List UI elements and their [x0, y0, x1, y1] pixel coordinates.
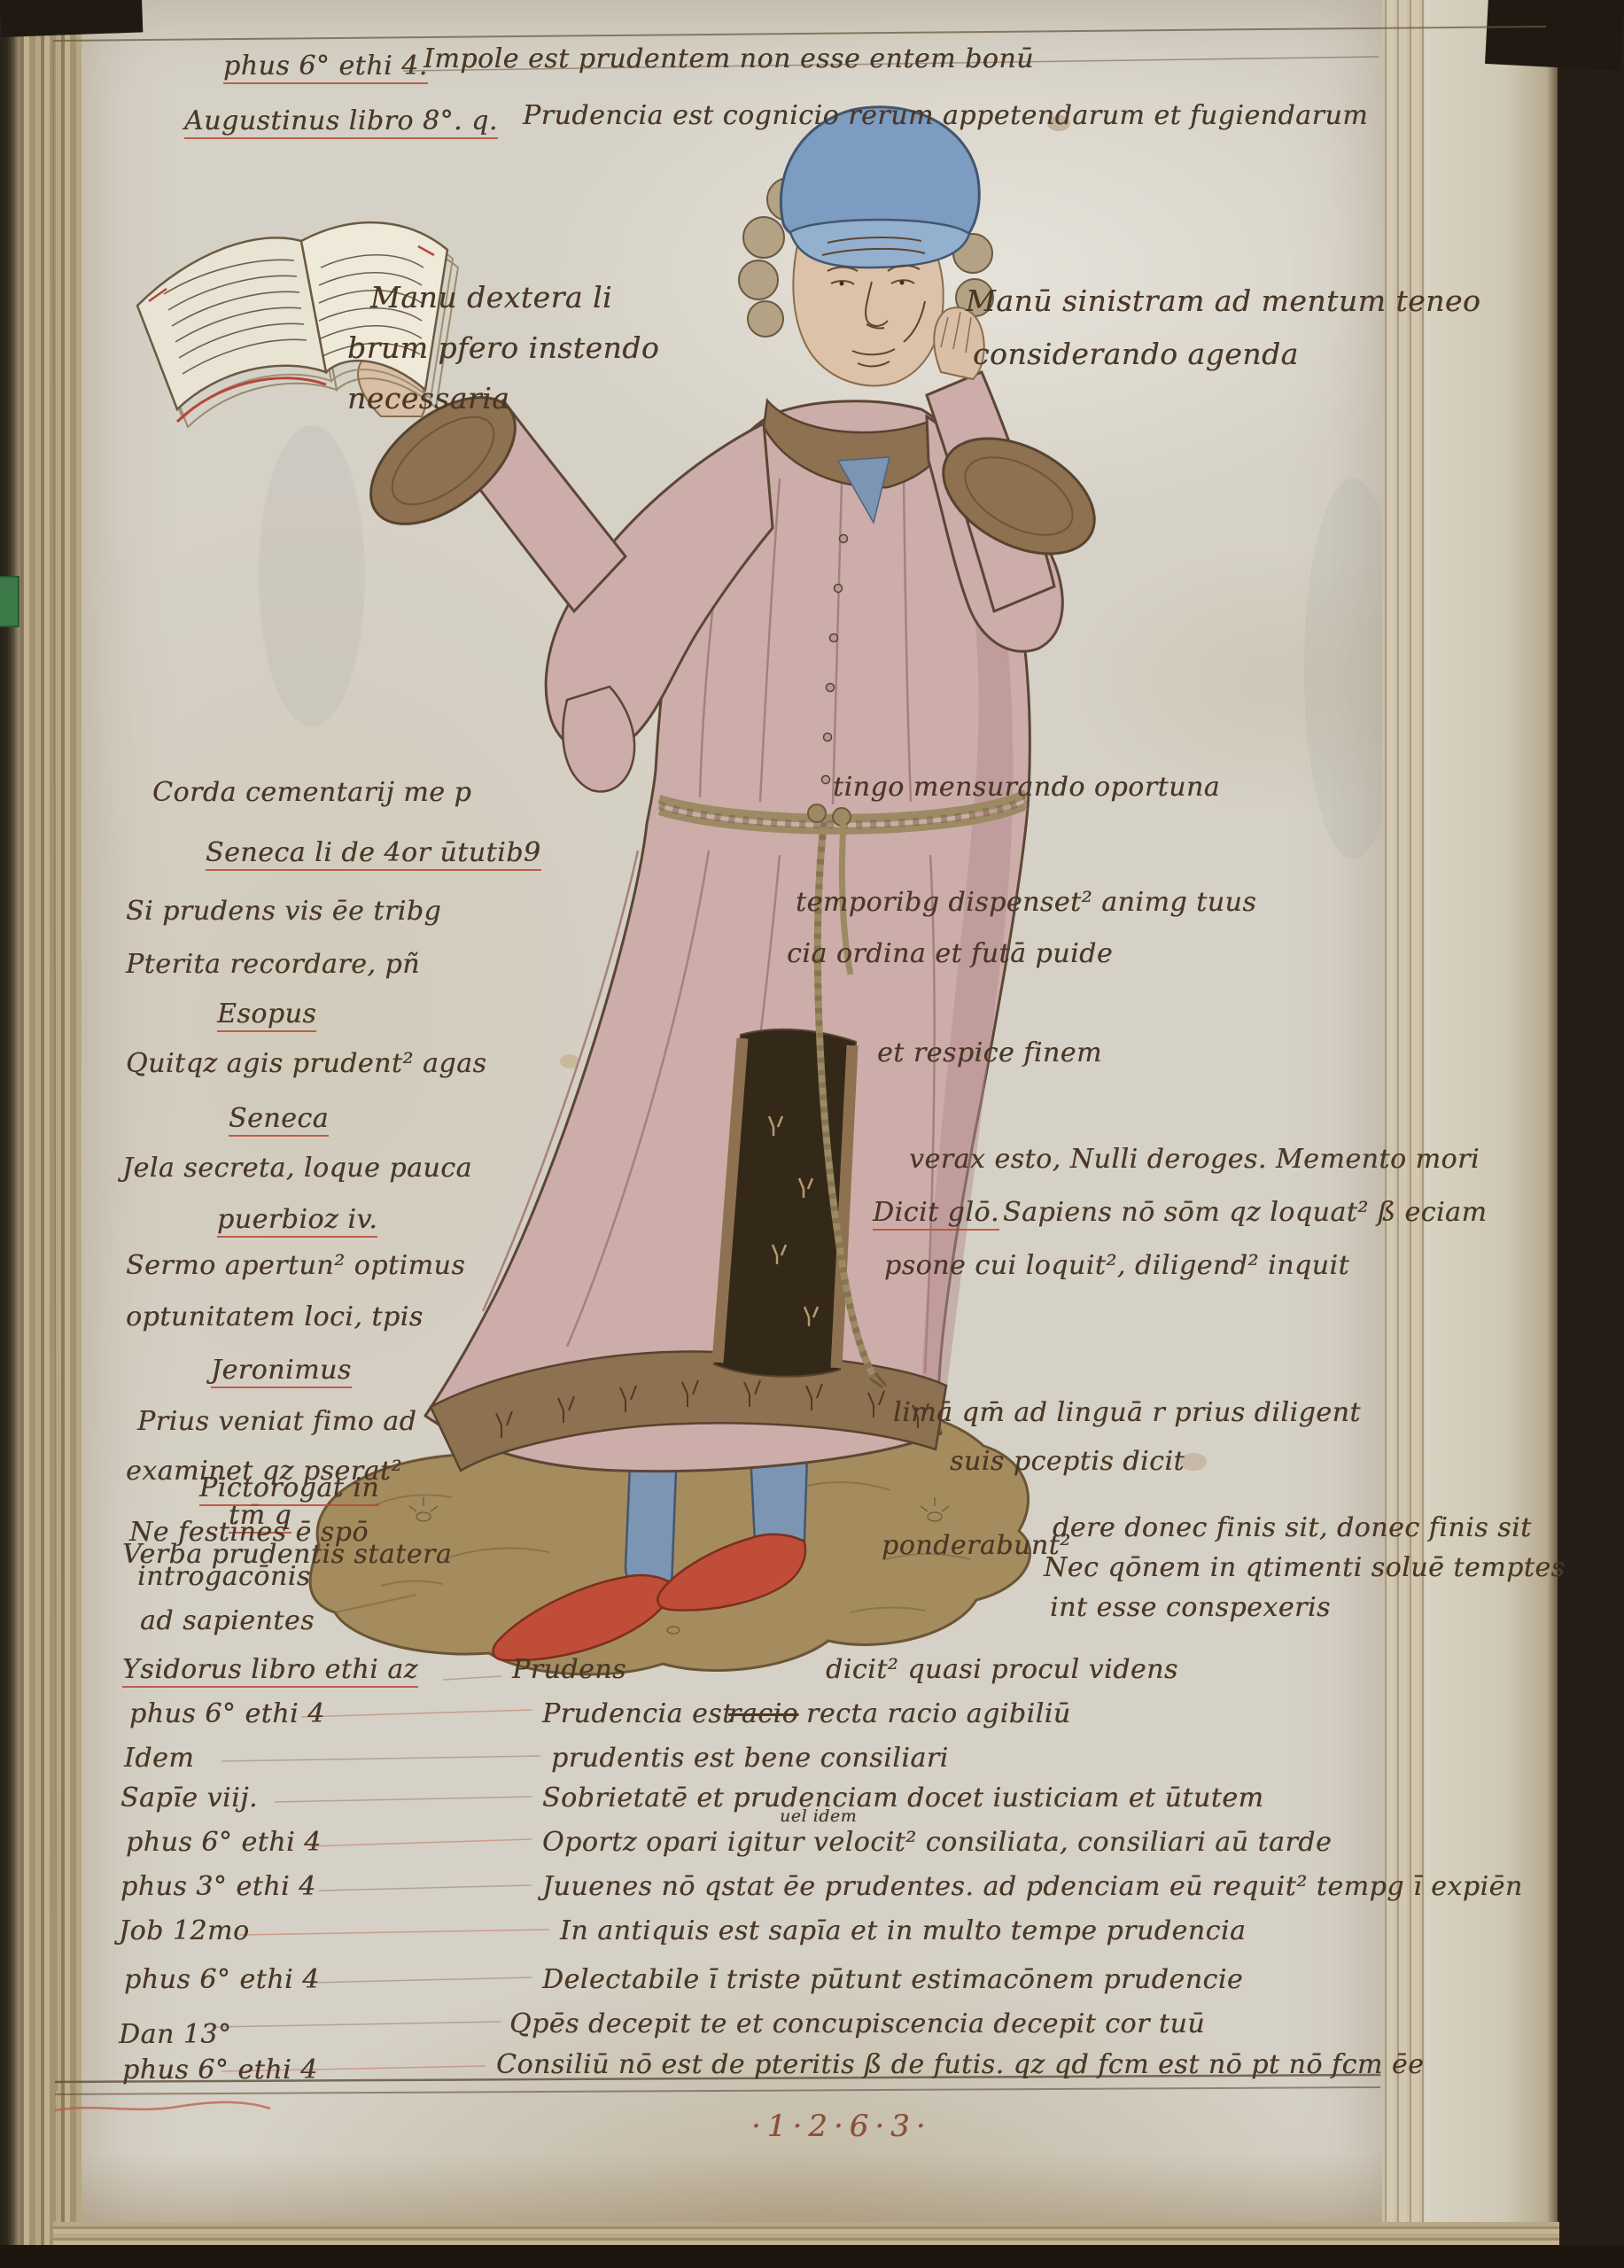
manuscript-text-line: suis pceptis dicit	[950, 1447, 1185, 1476]
manuscript-text-line: optunitatem loci, tpis	[126, 1302, 423, 1332]
manuscript-text-line: Prudens	[512, 1655, 626, 1684]
manuscript-text-line: considerando agenda	[973, 338, 1299, 370]
manuscript-text-line: temporibg dispenset² animg tuus	[796, 888, 1256, 917]
source-citation: Seneca li de 4or ūtutib9	[206, 838, 541, 871]
manuscript-text-line: phus 6° ethi 4	[129, 1699, 325, 1728]
folio-number: ·1·2·6·3·	[751, 2110, 932, 2143]
source-citation: phus 6° ethi 4.	[223, 51, 428, 84]
manuscript-text-line: verax esto, Nulli deroges. Memento mori	[909, 1145, 1480, 1174]
manuscript-text-line: Manū sinistram ad mentum teneo	[966, 285, 1480, 317]
manuscript-text-line: Prius veniat fimo ad	[137, 1407, 416, 1436]
manuscript-text-line: Manu dextera li	[370, 282, 612, 314]
manuscript-text-layer: ·1·2·6·3· phus 6° ethi 4.Impole est prud…	[0, 0, 1624, 2268]
manuscript-text-line: dicit² quasi procul videns	[826, 1655, 1178, 1684]
manuscript-text-line: recta racio agibiliū	[806, 1699, 1071, 1728]
manuscript-text-line: Dan 13°	[119, 2020, 231, 2049]
manuscript-text-line: Prudencia est	[542, 1699, 734, 1728]
manuscript-text-line: Prudencia est cognicio rerum appetendaru…	[523, 101, 1368, 130]
manuscript-text-line: Sobrietatē et prudenciam docet iusticiam…	[542, 1783, 1264, 1813]
manuscript-text-line: Delectabile ī triste pūtunt estimacōnem …	[542, 1965, 1243, 1994]
manuscript-text-line: necessaria	[347, 383, 509, 415]
manuscript-text-line: Sapiens nō sōm qz loquat² ß eciam	[1003, 1198, 1487, 1227]
source-citation: Dicit glō.	[873, 1198, 999, 1231]
manuscript-text-line: cia ordina et futā puide	[787, 939, 1113, 968]
manuscript-text-line: Pterita recordare, pñ	[126, 950, 420, 979]
manuscript-text-line: uel idem	[780, 1807, 857, 1826]
manuscript-text-line: Consiliū nō est de pteritis ß de futis. …	[496, 2050, 1424, 2079]
manuscript-text-line: Sermo apertun² optimus	[126, 1251, 465, 1280]
manuscript-text-line: Ne festines ē spō	[129, 1518, 369, 1547]
manuscript-text-line: Qpēs decepit te et concupiscencia decepi…	[509, 2009, 1205, 2039]
manuscript-text-line: Job 12mo	[119, 1916, 250, 1946]
manuscript-text-line: Nec qōnem in qtimenti soluē temptes	[1044, 1553, 1566, 1582]
manuscript-text-line: ponderabunt²	[882, 1531, 1071, 1560]
manuscript-text-line: phus 6° ethi 4	[124, 1965, 320, 1994]
manuscript-text-line: phus 6° ethi 4	[122, 2055, 318, 2085]
manuscript-text-line: Oportz opari igitur velocit² consiliata,…	[542, 1828, 1332, 1857]
manuscript-text-line: In antiquis est sapīa et in multo tempe …	[560, 1916, 1246, 1946]
manuscript-text-line: Jela secreta, loque pauca	[122, 1153, 472, 1183]
manuscript-text-line: Idem	[124, 1744, 194, 1773]
manuscript-text-line: dere donec finis sit, donec finis sit	[1053, 1513, 1532, 1542]
manuscript-text-line: Sapīe viij.	[120, 1783, 258, 1813]
manuscript-text-line: psone cui loquit², diligend² inquit	[884, 1251, 1349, 1280]
source-citation: puerbioz iv.	[217, 1205, 377, 1238]
manuscript-text-line: Corda cementarij me p	[152, 778, 471, 807]
source-citation: Jeronimus	[211, 1355, 352, 1388]
source-citation: Seneca	[229, 1104, 329, 1137]
manuscript-text-line: Quitqz agis prudent² agas	[126, 1049, 486, 1078]
manuscript-text-line: phus 6° ethi 4	[126, 1828, 322, 1857]
manuscript-text-line: int esse conspexeris	[1050, 1593, 1331, 1622]
manuscript-text-line: brum pfero instendo	[347, 332, 659, 364]
source-citation: Ysidorus libro ethi az	[122, 1655, 418, 1688]
manuscript-text-line: limā qm̄ ad linguā r prius diligent	[893, 1398, 1361, 1427]
manuscript-text-line: ad sapientes	[140, 1606, 315, 1635]
source-citation: Pictorogat in	[199, 1473, 379, 1506]
manuscript-text-line: phus 3° ethi 4	[120, 1872, 316, 1901]
manuscript-text-line: Si prudens vis ēe tribg	[126, 897, 441, 926]
manuscript-text-line: prudentis est bene consiliari	[551, 1744, 949, 1773]
manuscript-text-line: introgacōnis	[137, 1562, 311, 1591]
manuscript-text-line: Juuenes nō qstat ēe prudentes. ad pdenci…	[542, 1872, 1523, 1901]
source-citation: Esopus	[217, 999, 316, 1032]
manuscript-text-line: et respice finem	[877, 1038, 1102, 1068]
manuscript-photo: ·1·2·6·3· phus 6° ethi 4.Impole est prud…	[0, 0, 1624, 2268]
source-citation: Augustinus libro 8°. q.	[184, 106, 498, 139]
manuscript-text-line: racio	[728, 1699, 798, 1728]
manuscript-text-line: Impole est prudentem non esse entem bonū	[423, 44, 1034, 74]
manuscript-text-line: tingo mensurando oportuna	[833, 773, 1220, 802]
